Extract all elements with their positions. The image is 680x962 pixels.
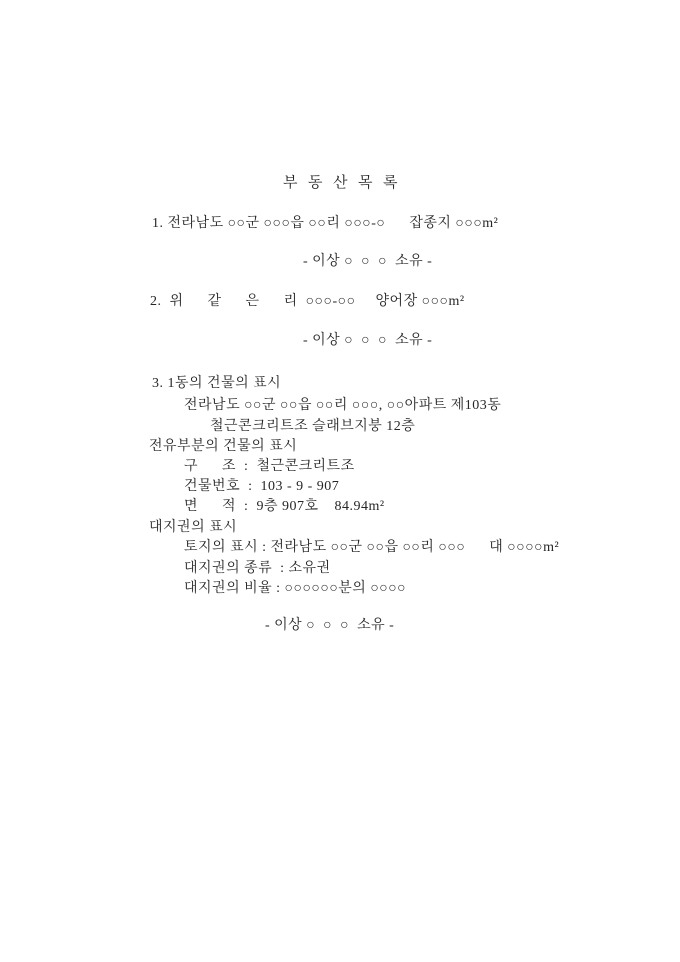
owner-note-2: - 이상 ○ ○ ○ 소유 -	[303, 333, 432, 348]
owner-note-3: - 이상 ○ ○ ○ 소유 -	[265, 618, 394, 633]
building-number-row: 건물번호 : 103 - 9 - 907	[184, 479, 339, 494]
building-address-line: 전라남도 ○○군 ○○읍 ○○리 ○○○, ○○아파트 제103동	[184, 398, 501, 413]
property-entry-2: 2. 위 같 은 리 ○○○-○○ 양어장 ○○○m²	[150, 294, 465, 309]
building-structure-line: 철근콘크리트조 슬래브지붕 12층	[210, 419, 415, 434]
land-right-ratio-row: 대지권의 비율 : ○○○○○○분의 ○○○○	[184, 581, 406, 596]
structure-row: 구 조 : 철근콘크리트조	[184, 459, 355, 474]
land-description-row: 토지의 표시 : 전라남도 ○○군 ○○읍 ○○리 ○○○ 대 ○○○○m²	[184, 540, 559, 555]
area-row: 면 적 : 9층 907호 84.94m²	[184, 499, 385, 514]
land-right-type-row: 대지권의 종류 : 소유권	[184, 561, 331, 576]
owner-note-1: - 이상 ○ ○ ○ 소유 -	[303, 254, 432, 269]
exclusive-part-heading: 전유부분의 건물의 표시	[149, 439, 297, 454]
land-right-heading: 대지권의 표시	[149, 520, 237, 535]
property-entry-1: 1. 전라남도 ○○군 ○○○읍 ○○리 ○○○-○ 잡종지 ○○○m²	[152, 216, 498, 231]
real-estate-list-document: 부 동 산 목 록 1. 전라남도 ○○군 ○○○읍 ○○리 ○○○-○ 잡종지…	[0, 0, 680, 962]
property-entry-3-heading: 3. 1동의 건물의 표시	[152, 376, 281, 391]
document-title: 부 동 산 목 록	[283, 176, 398, 191]
